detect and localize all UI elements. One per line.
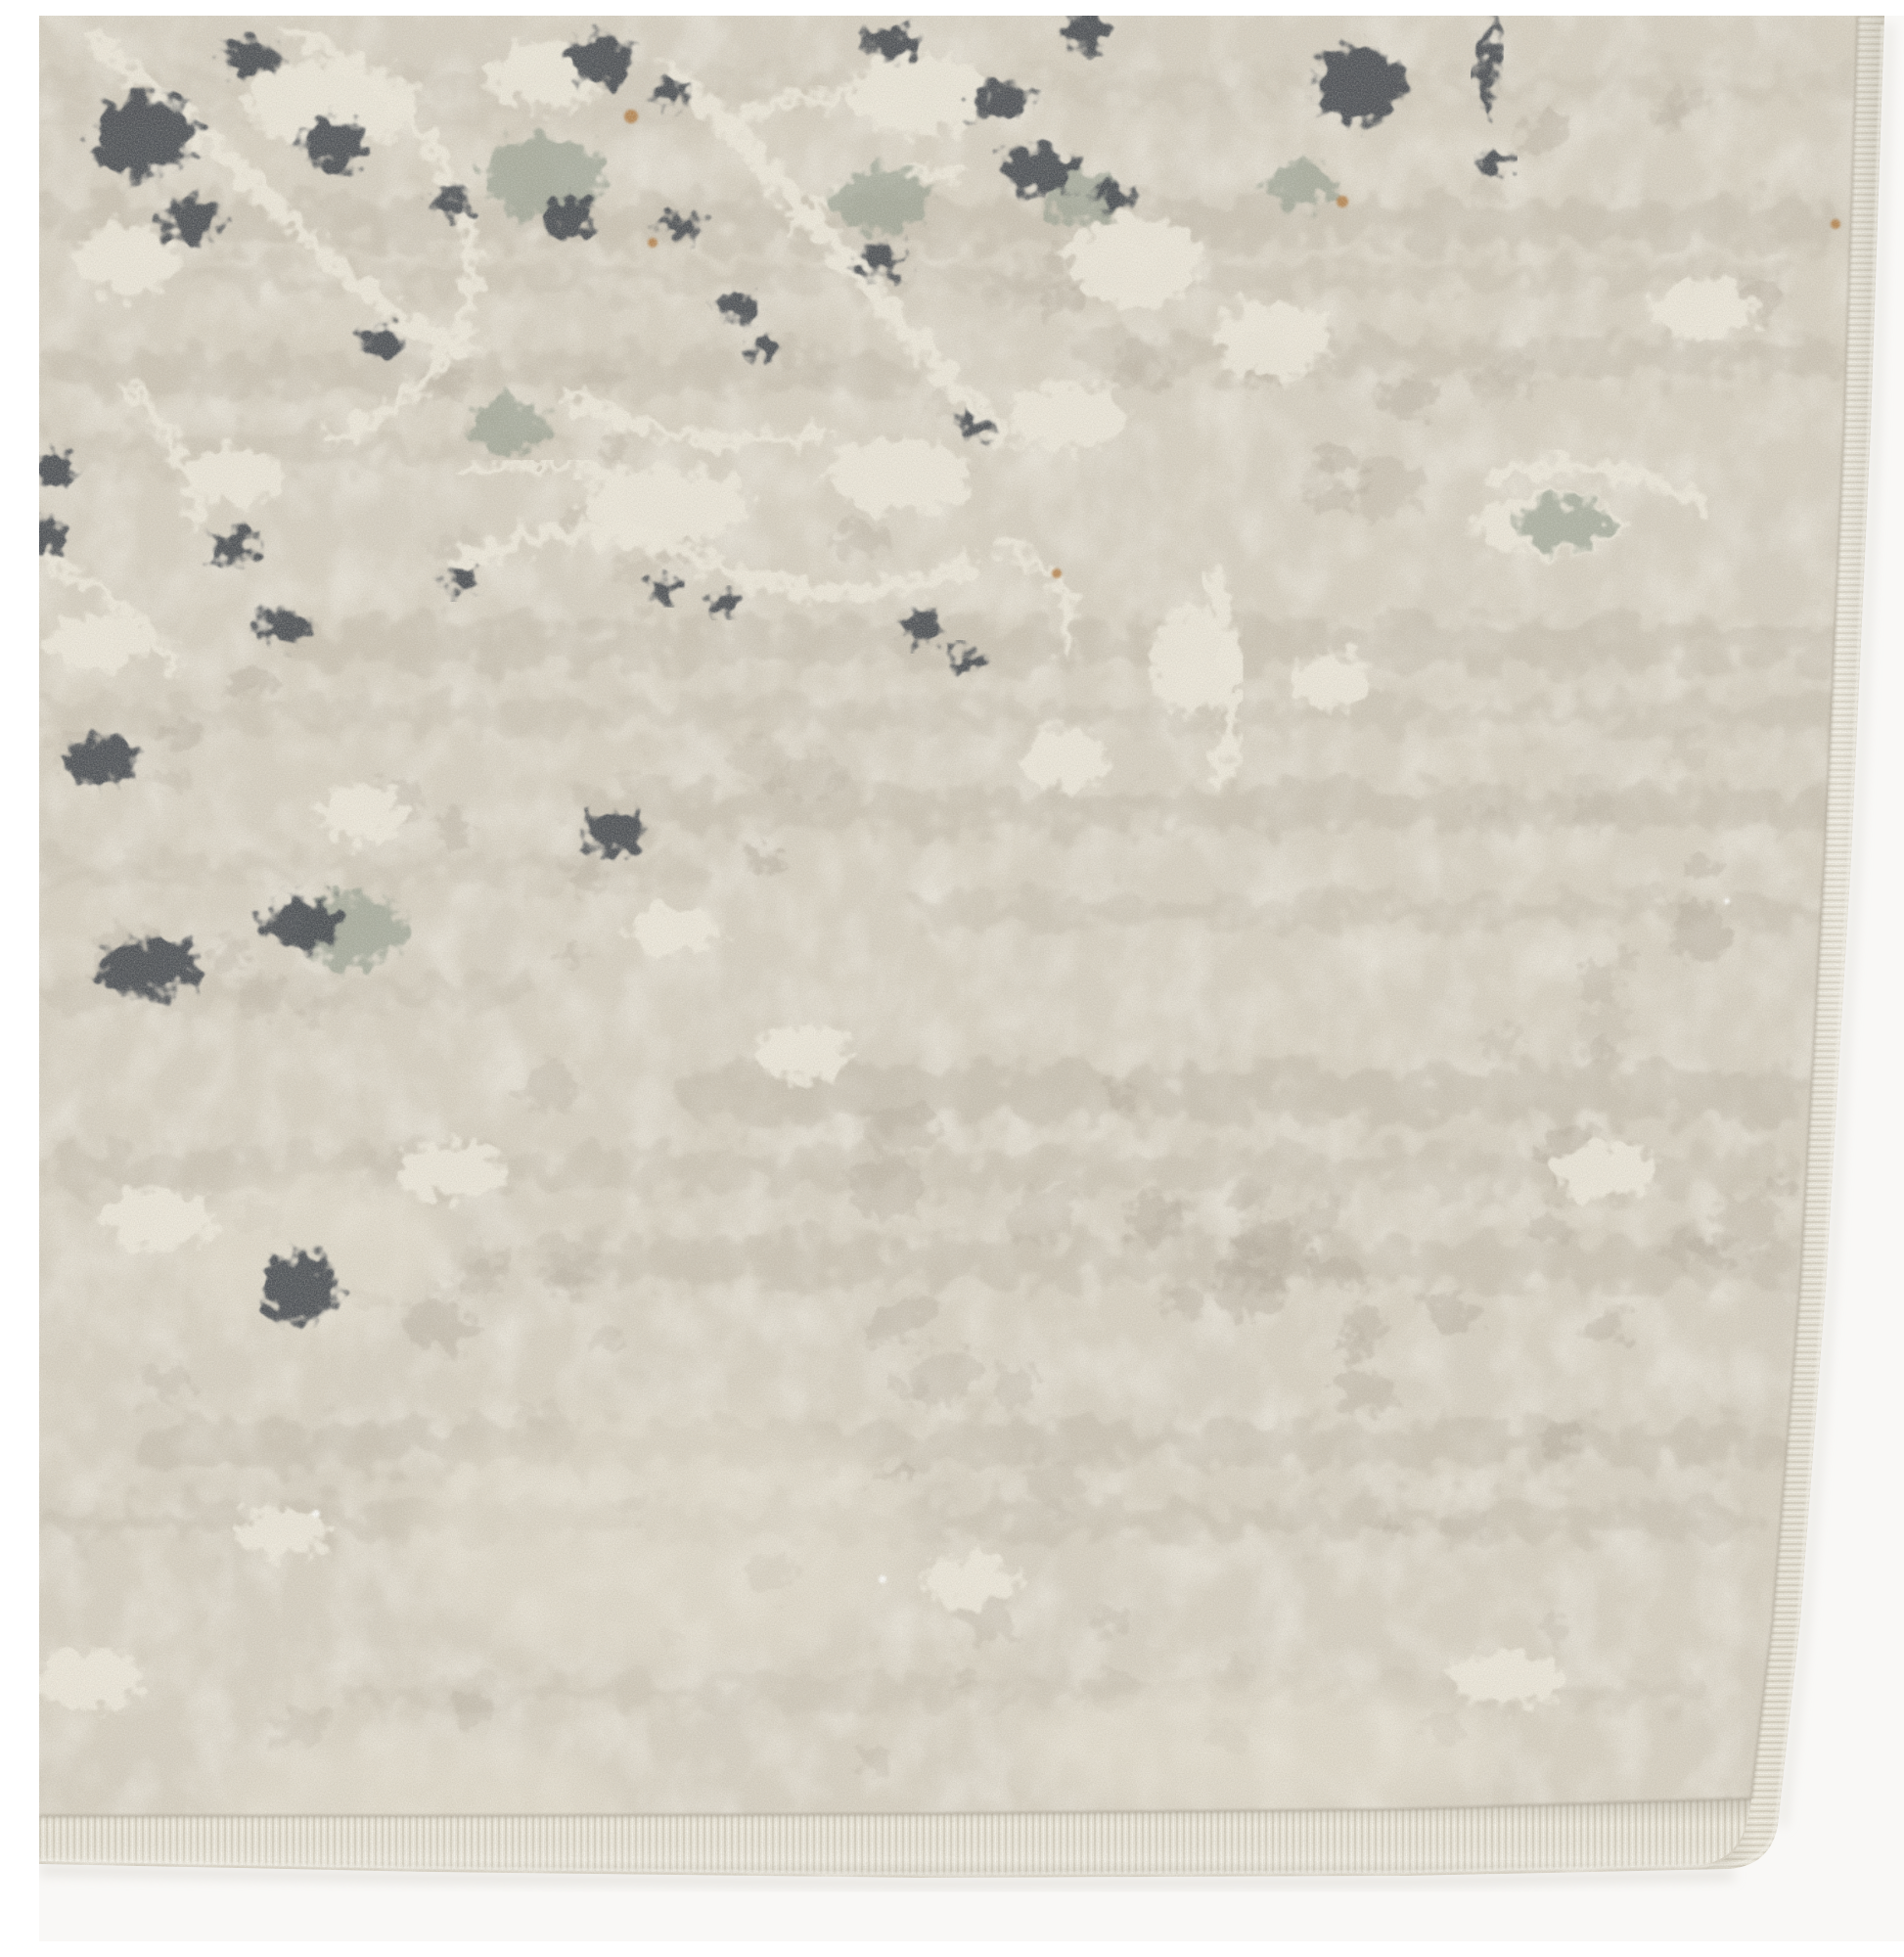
rug xyxy=(39,16,1904,1941)
rug-grain-light xyxy=(39,16,1904,1941)
rug-photo-canvas xyxy=(39,16,1904,1941)
rug-product-photo xyxy=(39,16,1904,1941)
